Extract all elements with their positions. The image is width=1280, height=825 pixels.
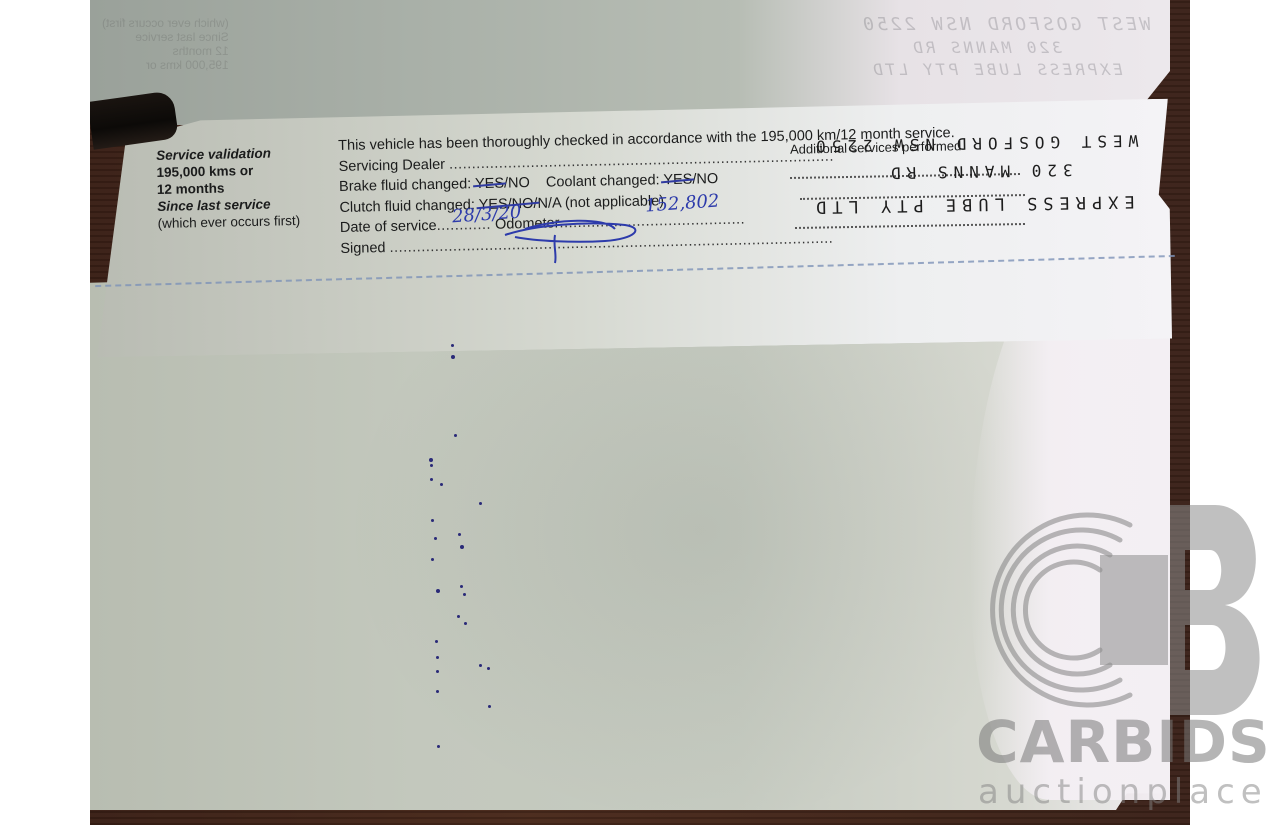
date-label: Date of service <box>340 218 437 236</box>
coolant-yes-struck: YES <box>663 172 692 189</box>
brake-fluid-no: /NO <box>504 175 530 192</box>
service-validation-block: Service validation 195,000 kms or 12 mon… <box>156 144 300 232</box>
ghost-stamp-line3: EXPRESS LUBE PTY LTD <box>870 60 1123 79</box>
ghost-label-block: (which ever occurs first) Since last ser… <box>102 16 229 72</box>
ghost-stamp-line1: WEST GOSFORD NSW 2250 <box>860 14 1151 35</box>
coolant-no: /NO <box>692 171 718 188</box>
brake-fluid-label: Brake fluid changed: <box>339 176 472 195</box>
coolant-label: Coolant changed: <box>546 172 660 190</box>
ghost-stamp-line2: 320 MANNS RD <box>910 38 1062 57</box>
whichever-note: (which ever occurs first) <box>157 212 300 232</box>
signed-label: Signed <box>340 240 385 257</box>
document-photo: WEST GOSFORD NSW 2250 320 MANNS RD EXPRE… <box>90 0 1190 825</box>
dealer-label: Servicing Dealer <box>338 156 445 174</box>
stamp-line2: 320 MANNS RD <box>885 160 1073 182</box>
brake-fluid-yes-struck: YES <box>475 176 504 193</box>
